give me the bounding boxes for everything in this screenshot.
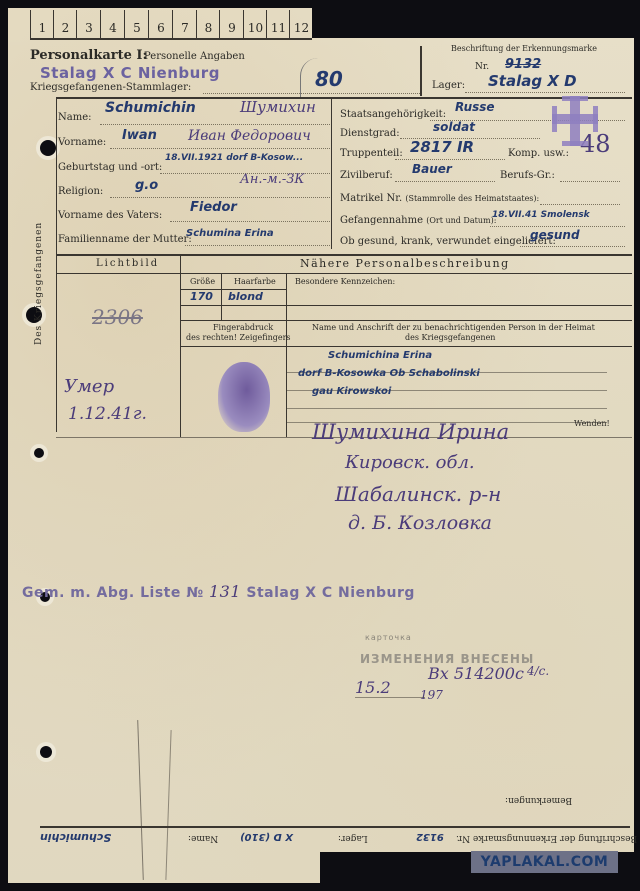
firstname-cyrillic: Иван Федорович (188, 128, 311, 144)
footer-name-value: Schumichin (40, 831, 111, 844)
matrikel-note: (Stammrolle des Heimatstaates): (405, 194, 539, 203)
scan-background (312, 0, 640, 38)
birth-label: Geburtstag und -ort: (58, 162, 162, 173)
civil-occupation-label: Zivilberuf: (340, 170, 393, 181)
capture-label: Gefangennahme (Ort und Datum): (340, 215, 496, 226)
contact-heading-1: Name und Anschrift der zu benachrichtige… (312, 323, 595, 332)
hair-label: Haarfarbe (234, 277, 276, 286)
firstname-label: Vorname: (58, 137, 106, 148)
death-date: 1.12.41г. (68, 404, 147, 424)
photo-heading: Lichtbild (96, 258, 159, 269)
camp-stamp: Stalag X C Nienburg (40, 64, 220, 82)
watermark: YAPLAKAL.COM (471, 851, 618, 873)
faded-stamp-ref: Вх 514200с (428, 664, 524, 683)
contact-line-1: Schumichina Erina (328, 350, 432, 361)
russian-note-line-1: Шумихина Ирина (312, 420, 509, 444)
hair-value: blond (228, 290, 263, 303)
ruler-cell: 2 (53, 10, 77, 38)
name-label: Name: (58, 112, 91, 123)
contact-line-3: gau Kirowskoi (312, 386, 391, 397)
profession-group-label: Berufs-Gr.: (500, 170, 555, 181)
transfer-prefix: Gem. m. Abg. Liste № (22, 585, 204, 601)
faded-stamp-line-1: карточка (365, 633, 412, 642)
card-title: Personalkarte I: (30, 48, 147, 63)
name-value: Schumichin (105, 100, 196, 116)
transfer-stamp: Gem. m. Abg. Liste № 131 Stalag X C Nien… (22, 582, 415, 601)
civil-occupation-value: Bauer (412, 162, 452, 176)
matrikel-label: Matrikel Nr. (Stammrolle des Heimatstaat… (340, 193, 539, 204)
capture-note: (Ort und Datum): (426, 216, 496, 225)
tag-heading: Beschriftung der Erkennungsmarke (451, 44, 597, 53)
crossed-number: 2306 (92, 305, 143, 329)
faded-stamp-ref-suffix: 4/с. (527, 664, 549, 678)
capture-label-text: Gefangennahme (340, 215, 423, 226)
fingerprint (218, 362, 270, 432)
footer-tag-label: Beschriftung der Erkennungsmarke Nr. (456, 833, 637, 843)
birth-value: 18.VII.1921 dorf B-Kosow... (165, 153, 303, 163)
russian-note-line-3: Шабалинск. р-н (335, 482, 501, 506)
russian-note-line-4: д. Б. Козловка (348, 512, 492, 534)
religion-value: g.o (135, 178, 158, 193)
birth-cyrillic: Ан.-м.-ЗК (240, 172, 304, 187)
capture-value: 18.VII.41 Smolensk (492, 210, 590, 220)
punch-hole (40, 140, 56, 156)
name-cyrillic: Шумихин (240, 98, 316, 116)
fingerprint-label-1: Fingerabdruck (213, 323, 273, 332)
footer-name-label: Name: (188, 833, 218, 843)
marks-label: Besondere Kennzeichen: (295, 277, 395, 286)
footer-lager-value: X D (310) (240, 831, 293, 842)
camp-label: Kriegsgefangenen-Stammlager: (30, 82, 191, 93)
ruler-cell: 1 (30, 10, 54, 38)
ruler-cell: 4 (100, 10, 125, 38)
father-label: Vorname des Vaters: (58, 210, 162, 221)
remarks-label: Bemerkungen: (505, 795, 572, 805)
tag-nr-value: 9132 (505, 57, 541, 72)
faded-stamp-year: 197 (420, 688, 443, 702)
company-label: Komp. usw.: (508, 148, 569, 159)
card-subtitle: Personelle Angaben (144, 51, 245, 62)
unit-label: Truppenteil: (340, 148, 403, 159)
matrikel-label-text: Matrikel Nr. (340, 193, 402, 204)
turn-over-note: Wenden! (574, 419, 610, 428)
religion-label: Religion: (58, 186, 103, 197)
ruler-cell: 5 (124, 10, 149, 38)
ruler-cell: 11 (266, 10, 290, 38)
side-label: Des Kriegsgefangenen (34, 222, 44, 345)
tag-nr-label: Nr. (475, 62, 489, 72)
transfer-suffix: Stalag X C Nienburg (246, 585, 415, 601)
height-value: 170 (190, 290, 213, 303)
description-heading: Nähere Personalbeschreibung (300, 257, 510, 270)
ruler-cell: 6 (148, 10, 173, 38)
footer-lager-label: Lager: (338, 833, 368, 843)
tag-lager-label: Lager: (432, 80, 465, 91)
ruler-cell: 12 (289, 10, 313, 38)
firstname-value: Iwan (122, 128, 157, 143)
ruler-cell: 9 (219, 10, 244, 38)
nationality-value: Russe (455, 100, 495, 114)
russian-note-line-2: Кировск. обл. (345, 452, 475, 473)
mother-label: Familienname der Mutter: (58, 234, 192, 245)
father-value: Fiedor (190, 200, 237, 215)
ruler-cell: 7 (172, 10, 197, 38)
unit-value: 2817 IR (410, 138, 474, 156)
tag-lager-value: Stalag X D (488, 72, 577, 90)
punch-hole (40, 746, 52, 758)
ruler-cell: 8 (196, 10, 220, 38)
rank-label: Dienstgrad: (340, 128, 400, 139)
punch-hole (34, 448, 44, 458)
rank-value: soldat (433, 120, 475, 134)
mother-value: Schumina Erina (186, 228, 274, 239)
footer-tag-value: 9132 (416, 831, 444, 842)
height-label: Größe (190, 277, 215, 286)
nationality-label: Staatsangehörigkeit: (340, 109, 446, 120)
faded-stamp-date: 15.2 (355, 678, 391, 697)
contact-heading-2: des Kriegsgefangenen (405, 333, 495, 342)
death-note: Умер (64, 376, 114, 397)
box-frame (300, 58, 349, 98)
fingerprint-label-2: des rechten! Zeigefingers (186, 333, 291, 342)
cross-stamp (552, 96, 598, 146)
contact-line-2: dorf B-Kosowka Ob Schabolinski (298, 368, 480, 379)
ruler-cell: 10 (243, 10, 267, 38)
transfer-number: 131 (209, 582, 241, 601)
health-value: gesund (530, 228, 580, 242)
ruler-cell: 3 (76, 10, 101, 38)
